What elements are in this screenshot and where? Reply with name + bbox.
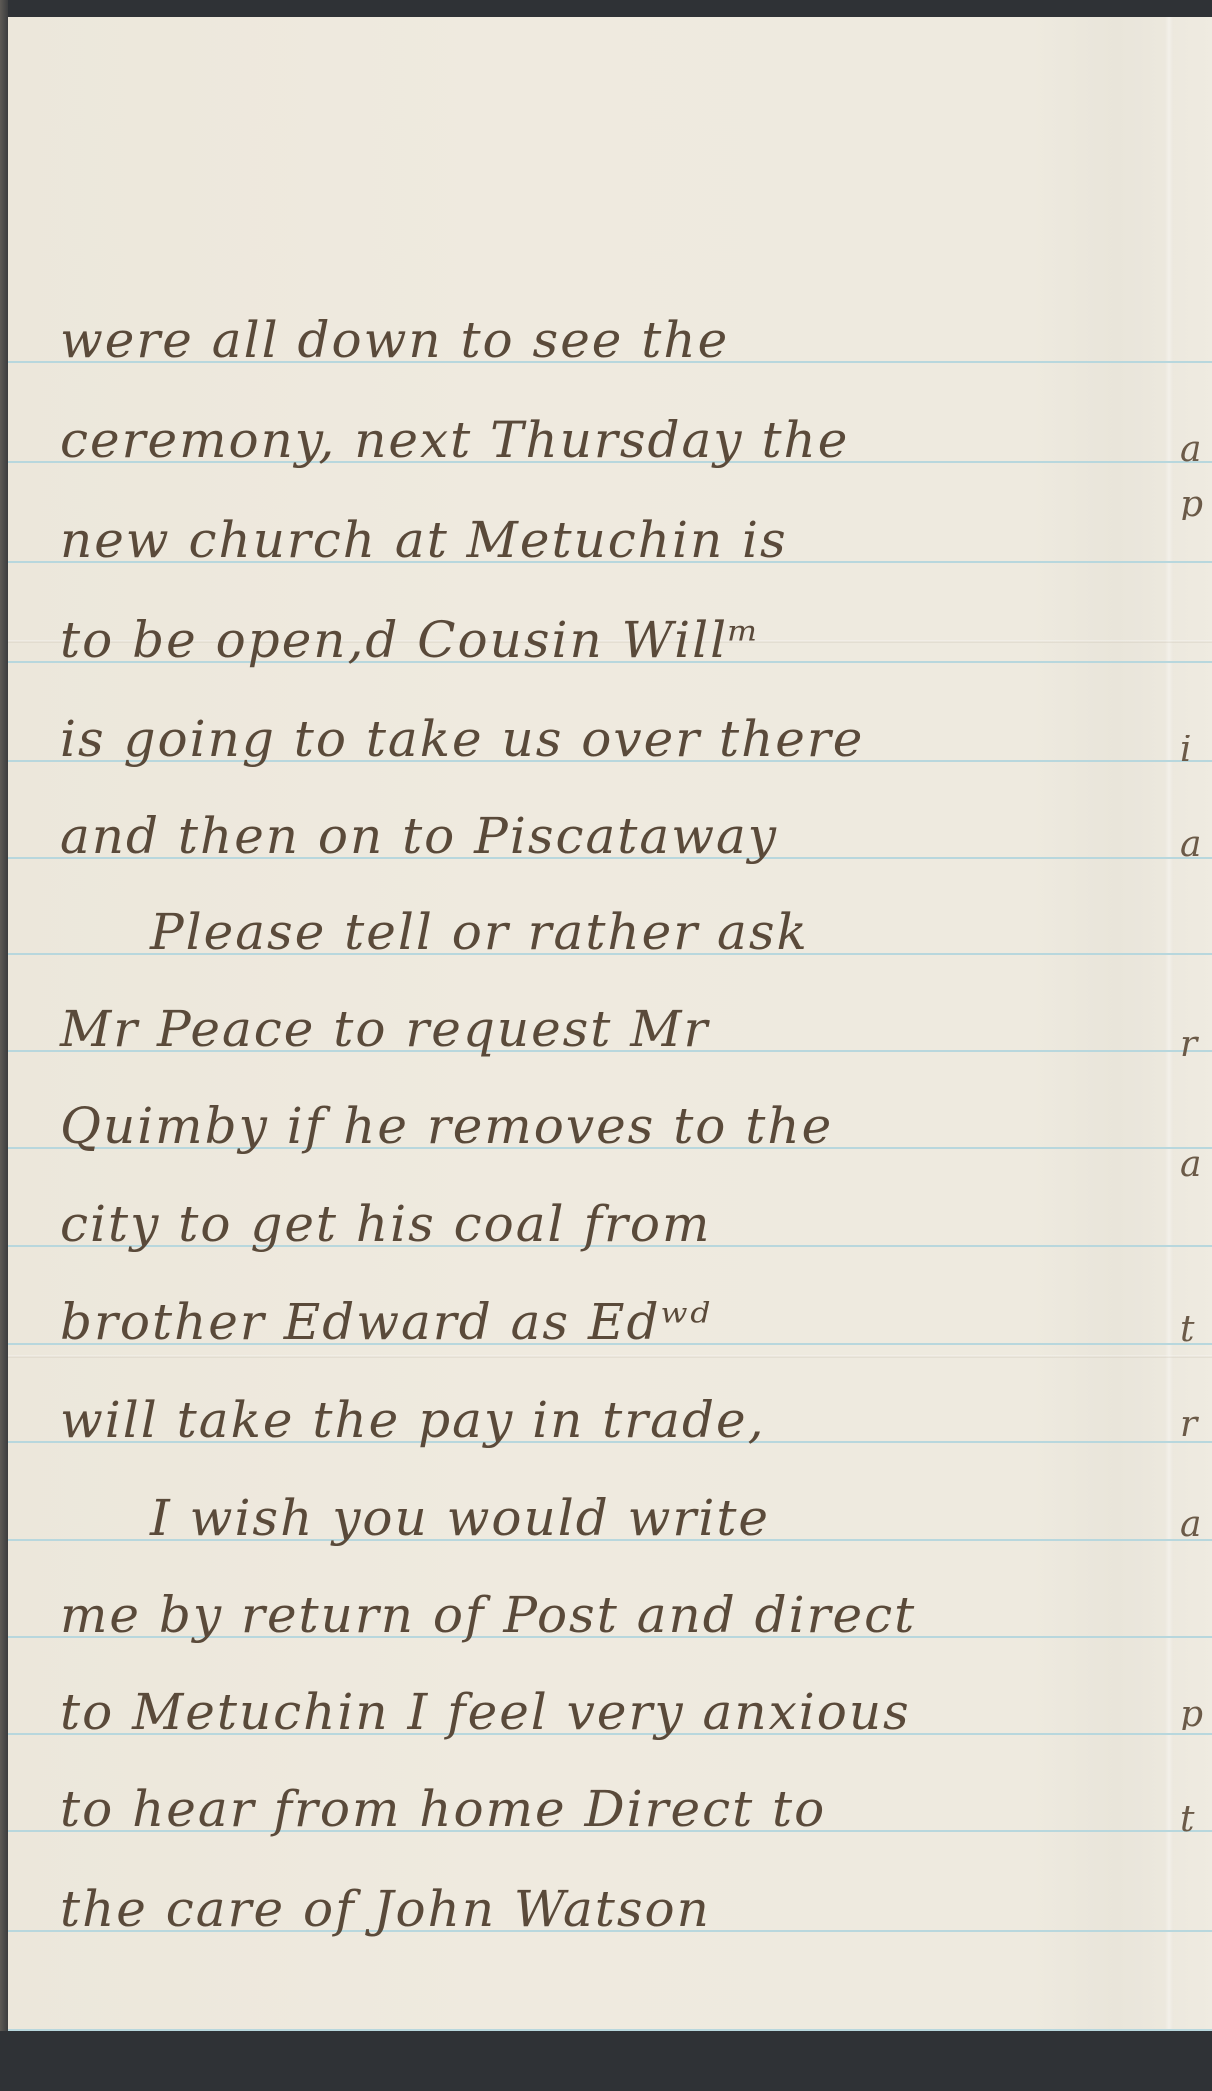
letter-line: and then on to Piscataway [60,806,1120,866]
letter-line: to hear from home Direct to [60,1779,1120,1839]
letter-line: brother Edward as Edʷᵈ [60,1292,1120,1352]
letter-line: will take the pay in trade, [60,1390,1120,1450]
adjacent-page-fragment: r [1180,1030,1210,1060]
adjacent-page-fragment: p [1180,1700,1210,1730]
letter-line: Quimby if he removes to the [60,1096,1120,1156]
adjacent-page-fragment: a [1180,1150,1210,1180]
adjacent-page-fragment: p [1180,490,1210,520]
letter-line: to be open,d Cousin Willᵐ [60,610,1120,670]
letter-line: city to get his coal from [60,1194,1120,1254]
adjacent-page-fragment: t [1180,1805,1210,1835]
letter-line: me by return of Post and direct [60,1585,1120,1645]
adjacent-page-fragment: a [1180,435,1210,465]
letter-line: were all down to see the [60,310,1120,370]
adjacent-page-fragment: t [1180,1315,1210,1345]
letter-line: the care of John Watson [60,1879,1120,1939]
paper-fold-crease [1165,17,1173,2031]
letter-line: Mr Peace to request Mr [60,999,1120,1059]
adjacent-page-fragment: i [1180,735,1210,765]
letter-line: Please tell or rather ask [150,902,1210,962]
letter-line: ceremony, next Thursday the [60,410,1120,470]
adjacent-page-fragment: r [1180,1410,1210,1440]
adjacent-page-fragment: a [1180,830,1210,860]
horizontal-fold-crease [8,1355,1212,1358]
letter-line: to Metuchin I feel very anxious [60,1682,1120,1742]
letter-line: is going to take us over there [60,709,1120,769]
letter-line: I wish you would write [150,1488,1210,1548]
scan-background [0,2031,1212,2091]
adjacent-page-fragment: a [1180,1510,1210,1540]
letter-line: new church at Metuchin is [60,510,1120,570]
scan-left-edge [0,0,8,2091]
